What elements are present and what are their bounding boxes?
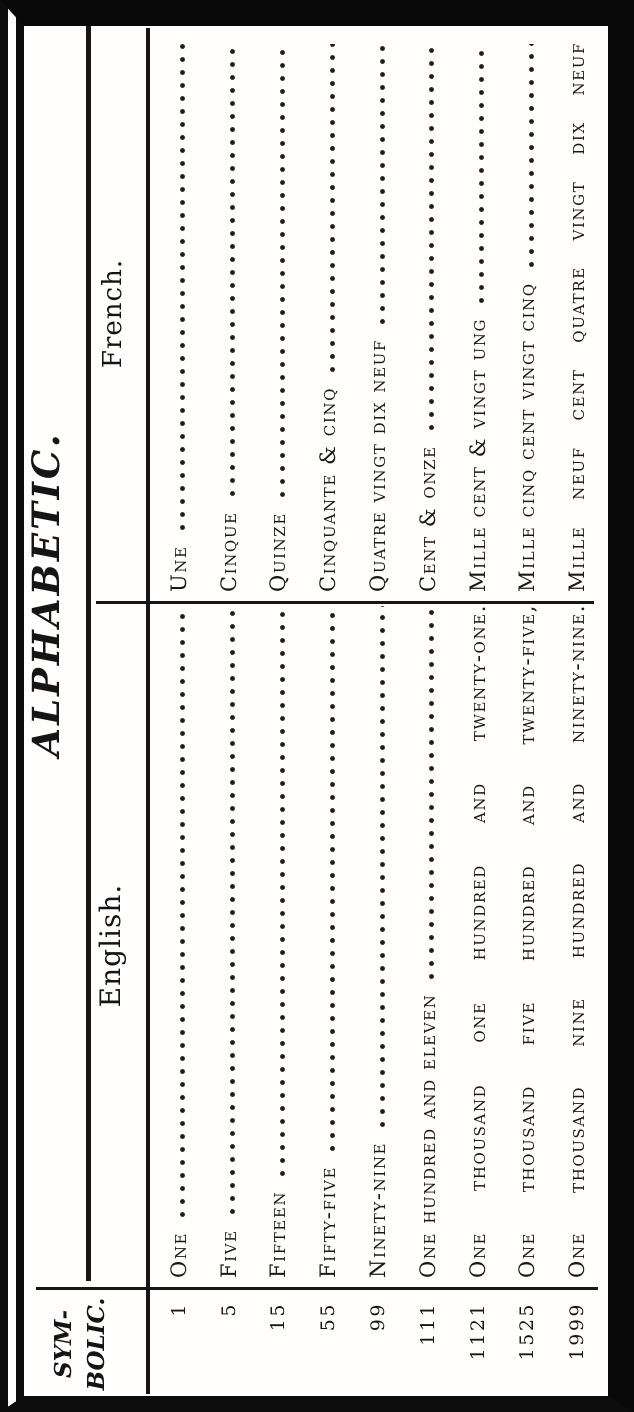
dot-leader bbox=[477, 44, 487, 309]
dot-leader bbox=[178, 44, 188, 536]
french-cell: Cinque bbox=[217, 26, 241, 604]
dot-leader bbox=[377, 44, 387, 330]
english-term: One thousand nine hundred and ninety-nin… bbox=[565, 604, 589, 1278]
column-header-english: English. bbox=[94, 604, 127, 1287]
french-cell: Une bbox=[167, 26, 191, 604]
page-inner: ALPHABETIC. SYM- BOLIC. English. French.… bbox=[24, 26, 608, 1396]
english-cell: Fifteen bbox=[266, 604, 290, 1290]
dot-leader bbox=[427, 606, 437, 985]
french-term: Mille cent & vingt ung bbox=[466, 318, 490, 592]
dot-leader bbox=[277, 44, 287, 503]
english-cell: Fifty-five bbox=[316, 604, 340, 1290]
table-row: 1 One Une bbox=[154, 26, 204, 1396]
table-row: 111 One hundred and eleven Cent & onze bbox=[403, 26, 453, 1396]
header-rule bbox=[146, 28, 150, 1394]
dot-leader bbox=[327, 606, 337, 1157]
symbolic-value: 1999 bbox=[566, 1290, 588, 1396]
french-cell: Quatre vingt dix neuf bbox=[366, 26, 390, 604]
english-term: Ninety-nine bbox=[366, 1142, 390, 1278]
dot-leader bbox=[228, 44, 238, 502]
table-row: 5 Five Cinque bbox=[204, 26, 254, 1396]
french-term: Cinque bbox=[217, 511, 241, 592]
english-cell: Five bbox=[217, 604, 241, 1290]
french-cell: Quinze bbox=[266, 26, 290, 604]
table-row: 15 Fifteen Quinze bbox=[254, 26, 304, 1396]
symbolic-value: 1525 bbox=[516, 1290, 538, 1396]
english-cell: One hundred and eleven bbox=[416, 604, 440, 1290]
french-term: Mille cinq cent vingt cinq bbox=[515, 282, 539, 592]
dot-leader bbox=[178, 606, 188, 1223]
english-term: Five bbox=[217, 1229, 241, 1278]
column-header-french: French. bbox=[98, 26, 128, 601]
top-rule bbox=[86, 26, 91, 1281]
table-row: 55 Fifty-five Cinquante & cinq bbox=[303, 26, 353, 1396]
dot-leader bbox=[277, 606, 287, 1182]
english-term: One hundred and eleven bbox=[416, 994, 440, 1278]
symbolic-value: 15 bbox=[267, 1290, 289, 1396]
french-cell: Cinquante & cinq bbox=[316, 26, 340, 604]
symbolic-value: 1121 bbox=[467, 1290, 489, 1396]
english-cell: One bbox=[167, 604, 191, 1290]
page-title: ALPHABETIC. bbox=[24, 431, 68, 756]
english-term: One thousand five hundred and twenty-fiv… bbox=[515, 604, 539, 1278]
french-term: Cinquante & cinq bbox=[316, 387, 340, 592]
symbolic-value: 1 bbox=[168, 1290, 190, 1396]
dot-leader bbox=[377, 606, 387, 1133]
symbolic-value: 55 bbox=[317, 1290, 339, 1396]
dot-leader bbox=[228, 606, 238, 1220]
french-term: Quinze bbox=[266, 512, 290, 592]
symbolic-value: 5 bbox=[218, 1290, 240, 1396]
dot-leader bbox=[427, 44, 437, 436]
english-cell: One thousand nine hundred and ninety-nin… bbox=[565, 604, 589, 1290]
symbolic-header-line1: SYM- bbox=[48, 1292, 81, 1396]
table-row: 1121 One thousand one hundred and twenty… bbox=[453, 26, 503, 1396]
table-row: 1525 One thousand five hundred and twent… bbox=[502, 26, 552, 1396]
french-cell: Mille neuf cent quatre vingt dix neuf bbox=[565, 26, 589, 604]
english-term: Fifteen bbox=[266, 1191, 290, 1278]
scanned-page: ALPHABETIC. SYM- BOLIC. English. French.… bbox=[0, 0, 634, 1412]
column-header-symbolic: SYM- BOLIC. bbox=[48, 1292, 113, 1396]
symbolic-header-line2: BOLIC. bbox=[81, 1292, 114, 1396]
table-row: 1999 One thousand nine hundred and ninet… bbox=[552, 26, 602, 1396]
scanned-document: ALPHABETIC. SYM- BOLIC. English. French.… bbox=[0, 0, 634, 1412]
french-cell: Cent & onze bbox=[416, 26, 440, 604]
dot-leader bbox=[327, 44, 337, 378]
english-term: Fifty-five bbox=[316, 1166, 340, 1278]
french-cell: Mille cinq cent vingt cinq bbox=[515, 26, 539, 604]
english-term: One bbox=[167, 1232, 191, 1278]
english-cell: Ninety-nine bbox=[366, 604, 390, 1290]
table-row: 99 Ninety-nine Quatre vingt dix neuf bbox=[353, 26, 403, 1396]
french-term: Quatre vingt dix neuf bbox=[366, 339, 390, 592]
french-cell: Mille cent & vingt ung bbox=[466, 26, 490, 604]
english-cell: One thousand five hundred and twenty-fiv… bbox=[515, 604, 539, 1290]
symbolic-value: 111 bbox=[417, 1290, 439, 1396]
dot-leader bbox=[526, 44, 536, 273]
symbolic-value: 99 bbox=[367, 1290, 389, 1396]
table-body: 1 One Une 5 Five bbox=[154, 26, 602, 1396]
english-term: One thousand one hundred and twenty-one. bbox=[466, 604, 490, 1278]
french-term: Cent & onze bbox=[416, 445, 440, 592]
french-term: Une bbox=[167, 545, 191, 592]
french-term: Mille neuf cent quatre vingt dix neuf bbox=[565, 42, 589, 592]
english-cell: One thousand one hundred and twenty-one. bbox=[466, 604, 490, 1290]
